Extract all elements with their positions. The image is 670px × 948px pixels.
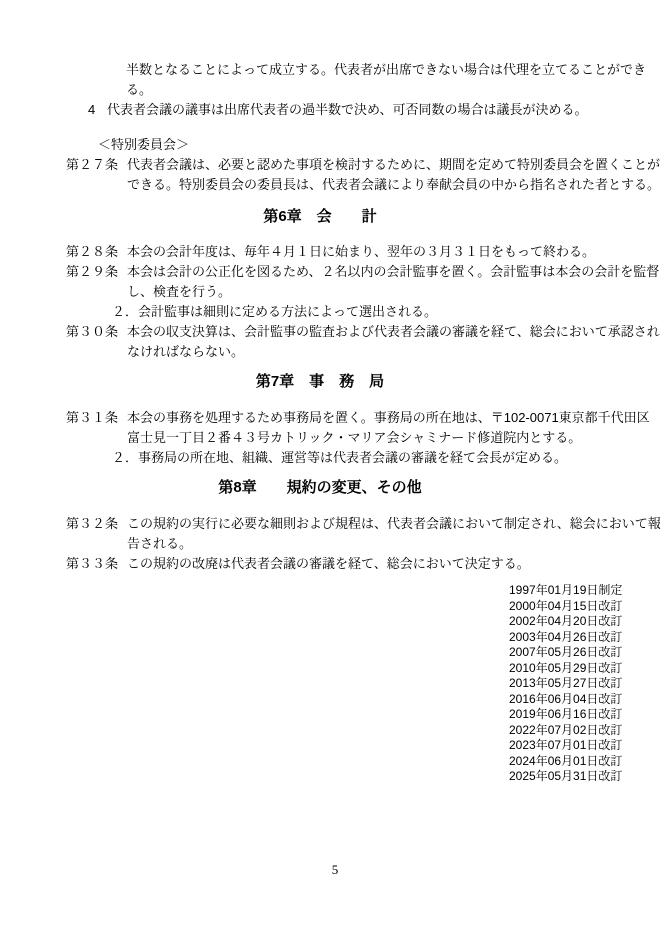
article-33: 第３３条この規約の改廃は代表者会議の審議を経て、総会において決定する。 [66,554,530,574]
revision-entry: 1997年01月19日制定 [509,583,622,599]
article-29-continuation: し、検査を行う。 [127,282,231,302]
article-31: 第３１条本会の事務を処理するため事務局を置く。事務局の所在地は、〒102-007… [66,408,650,428]
revision-entry: 2016年06月04日改訂 [509,692,622,708]
revision-entry: 2023年07月01日改訂 [509,738,622,754]
item-text: 代表者会議の議事は出席代表者の過半数で決め、可否同数の場合は議長が決める。 [107,102,587,117]
article-text: この規約の実行に必要な細則および規程は、代表者会議において制定され、総会において… [127,516,661,531]
revision-entry: 2002年04月20日改訂 [509,614,622,630]
chapter7-heading: 第7章 事 務 局 [0,370,640,394]
chapter6-heading: 第6章 会 計 [0,205,640,229]
revision-entry: 2013年05月27日改訂 [509,676,622,692]
article-text: 代表者会議は、必要と認めた事項を検討するために、期間を定めて特別委員会を置くこと… [127,157,660,172]
article-30-continuation: なければならない。 [127,342,244,362]
article-31-subitem: ２．事務局の所在地、組織、運営等は代表者会議の審議を経て会長が定める。 [112,448,567,468]
article-number: 第３２条 [66,514,118,534]
article-text: 本会の事務を処理するため事務局を置く。事務局の所在地は、〒102-0071東京都… [127,410,650,425]
revision-entry: 2024年06月01日改訂 [509,754,622,770]
article-32: 第３２条この規約の実行に必要な細則および規程は、代表者会議において制定され、総会… [66,514,661,534]
article-29: 第２９条本会は会計の公正化を図るため、２名以内の会計監事を置く。会計監事は本会の… [66,262,659,282]
article-text: この規約の改廃は代表者会議の審議を経て、総会において決定する。 [127,556,530,571]
revision-entry: 2019年06月16日改訂 [509,707,622,723]
chapter8-heading: 第8章 規約の変更、その他 [0,476,640,500]
article-28: 第２８条本会の会計年度は、毎年４月１日に始まり、翌年の３月３１日をもって終わる。 [66,242,595,262]
paragraph-continuation-line: 半数となることによって成立する。代表者が出席できない場合は代理を立てることができ [126,60,646,80]
page-number: 5 [0,862,670,878]
article-31-continuation: 富士見一丁目２番４３号カトリック・マリア会シャミナード修道院内とする。 [127,428,581,448]
article-number: 第３１条 [66,408,118,428]
article-number: 第３０条 [66,322,118,342]
article-number: 第２９条 [66,262,118,282]
article-27: 第２７条代表者会議は、必要と認めた事項を検討するために、期間を定めて特別委員会を… [66,155,660,175]
paragraph-continuation-line: る。 [126,80,152,100]
article-number: 第３３条 [66,554,118,574]
revision-entry: 2010年05月29日改訂 [509,661,622,677]
article-29-subitem: ２．会計監事は細則に定める方法によって選出される。 [112,302,437,322]
article-32-continuation: 告される。 [127,534,192,554]
subsection-label: ＜特別委員会＞ [98,135,189,155]
item-number: 4 [88,100,100,120]
article-text: 本会の収支決算は、会計監事の監査および代表者会議の審議を経て、総会において承認さ… [127,324,660,339]
revision-entry: 2000年04月15日改訂 [509,599,622,615]
article-30: 第３０条本会の収支決算は、会計監事の監査および代表者会議の審議を経て、総会におい… [66,322,660,342]
document-page: 半数となることによって成立する。代表者が出席できない場合は代理を立てることができ… [0,0,670,948]
article-27-continuation: できる。特別委員会の委員長は、代表者会議により奉献会員の中から指名された者とする… [127,175,660,195]
article-text: 本会の会計年度は、毎年４月１日に始まり、翌年の３月３１日をもって終わる。 [127,244,595,259]
article-number: 第２７条 [66,155,118,175]
article-text: 本会は会計の公正化を図るため、２名以内の会計監事を置く。会計監事は本会の会計を監… [127,264,659,279]
revision-history: 1997年01月19日制定 2000年04月15日改訂 2002年04月20日改… [509,583,622,785]
revision-entry: 2025年05月31日改訂 [509,769,622,785]
revision-entry: 2003年04月26日改訂 [509,630,622,646]
article-number: 第２８条 [66,242,118,262]
revision-entry: 2022年07月02日改訂 [509,723,622,739]
numbered-item: 4代表者会議の議事は出席代表者の過半数で決め、可否同数の場合は議長が決める。 [88,100,587,120]
revision-entry: 2007年05月26日改訂 [509,645,622,661]
